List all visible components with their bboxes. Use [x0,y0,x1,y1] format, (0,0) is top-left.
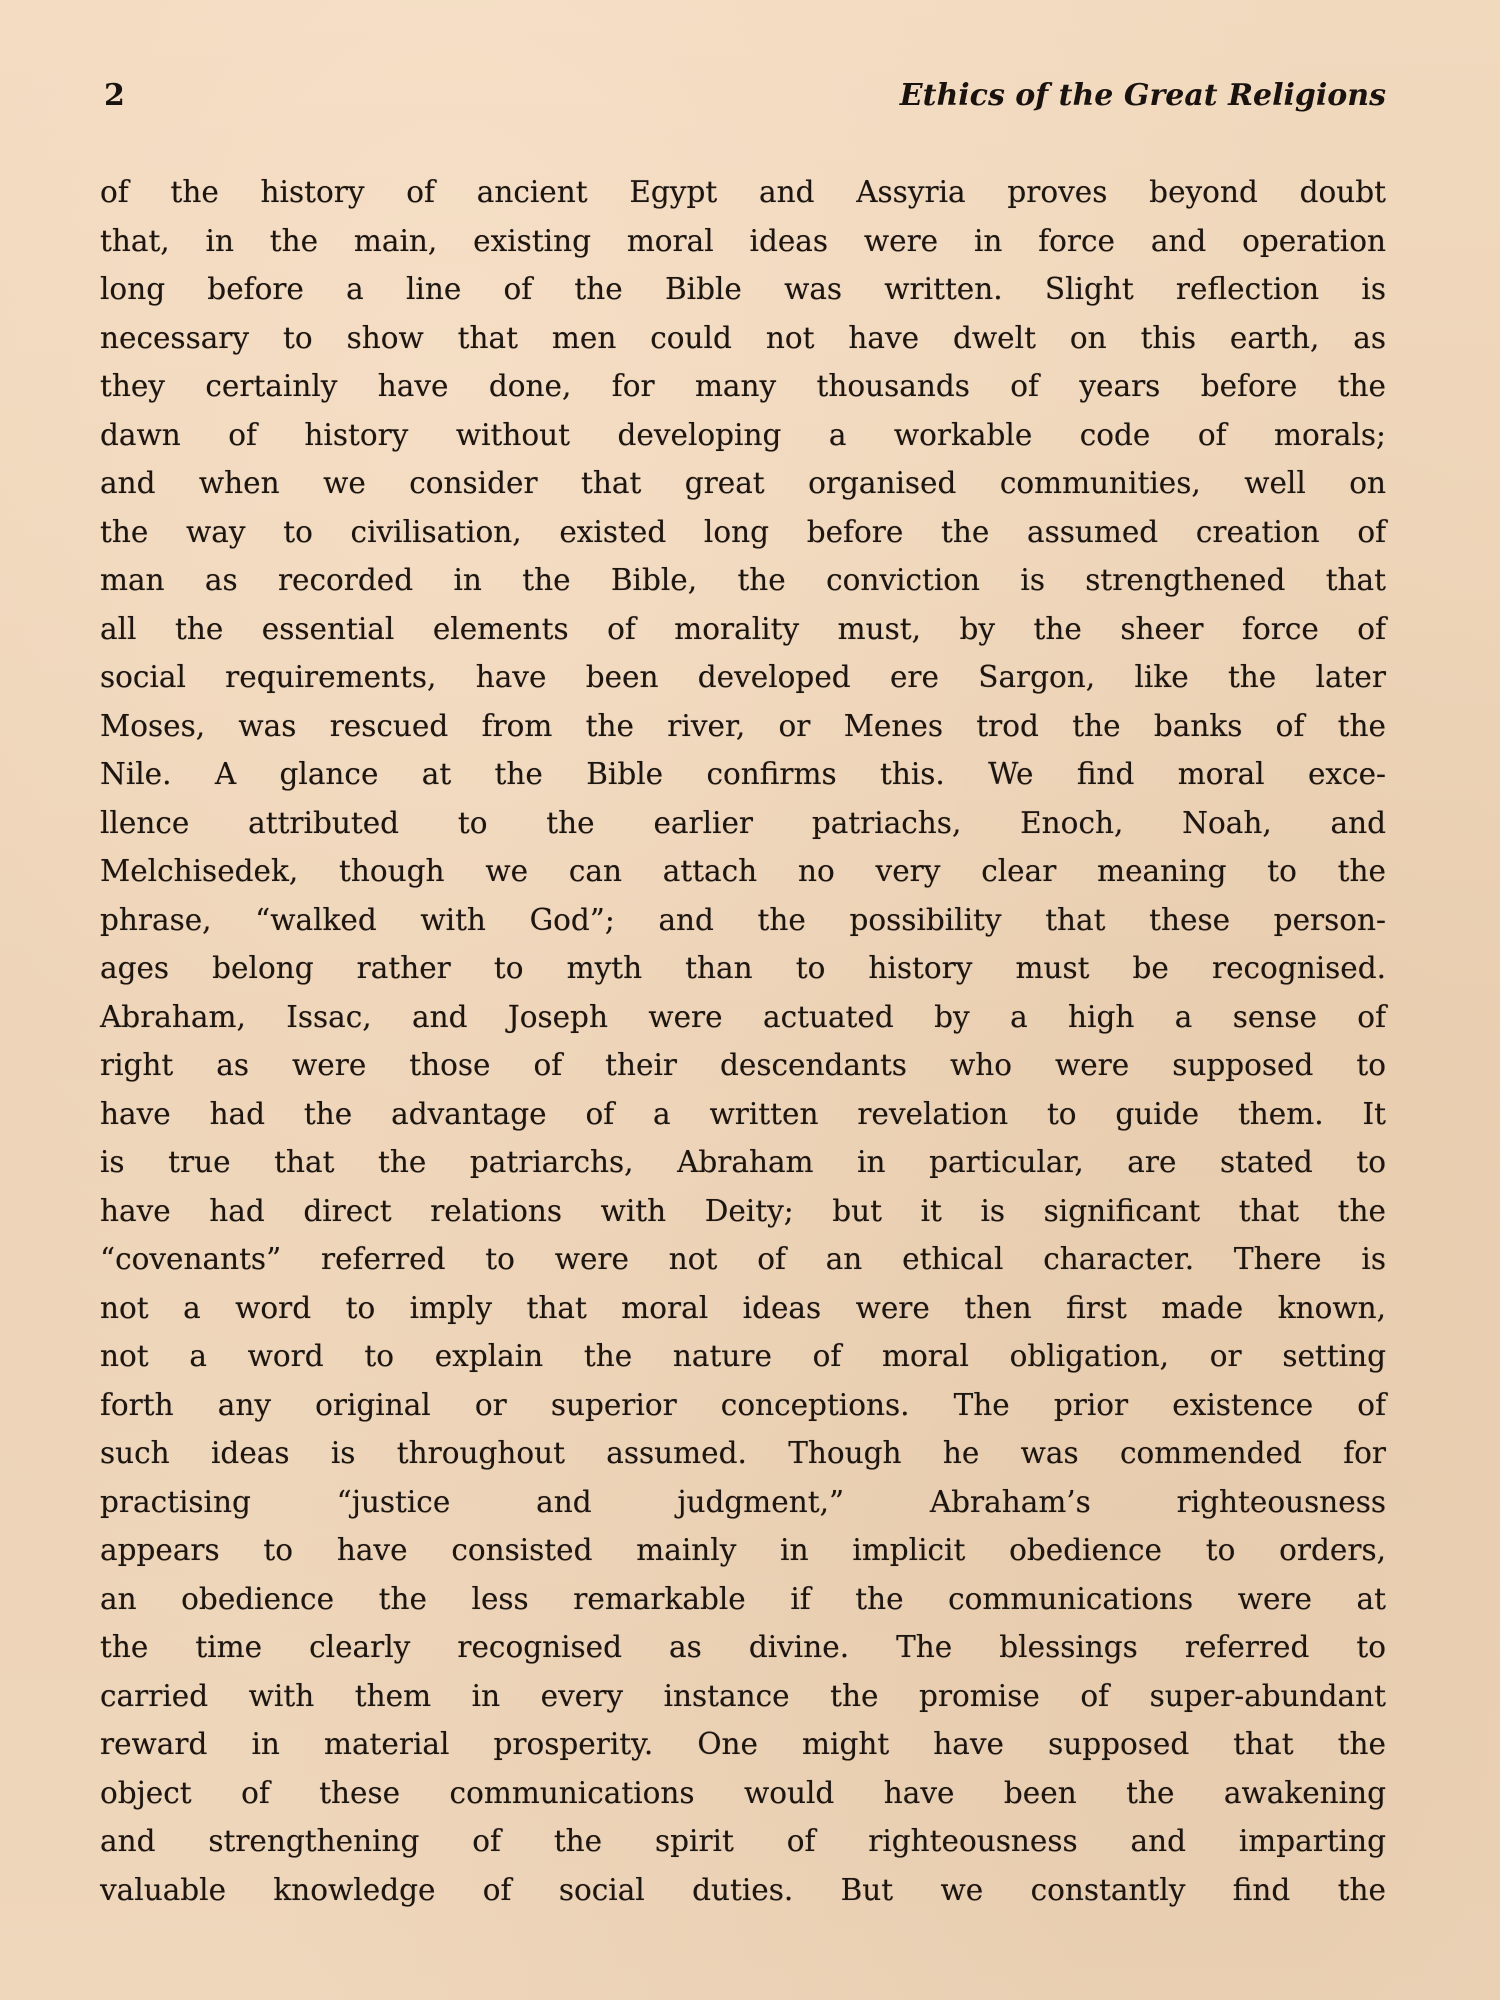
text-line: of the history of ancient Egypt and Assy… [100,168,1386,217]
text-line: the time clearly recognised as divine. T… [100,1623,1386,1672]
book-page: 2 Ethics of the Great Religions of the h… [0,0,1500,2000]
text-line: social requirements, have been developed… [100,653,1386,702]
running-title: Ethics of the Great Religions [900,78,1386,114]
text-line: appears to have consisted mainly in impl… [100,1526,1386,1575]
text-line: Melchisedek, though we can attach no ver… [100,847,1386,896]
body-paragraph: of the history of ancient Egypt and Assy… [100,168,1386,1914]
text-line: they certainly have done, for many thous… [100,362,1386,411]
text-line: have had the advantage of a written reve… [100,1090,1386,1139]
text-line: carried with them in every instance the … [100,1672,1386,1721]
text-line: dawn of history without developing a wor… [100,411,1386,460]
text-line: is true that the patriarchs, Abraham in … [100,1138,1386,1187]
text-line: that, in the main, existing moral ideas … [100,217,1386,266]
text-line: right as were those of their descendants… [100,1041,1386,1090]
text-line: ages belong rather to myth than to histo… [100,944,1386,993]
text-line: object of these communications would hav… [100,1769,1386,1818]
text-line: all the essential elements of morality m… [100,605,1386,654]
text-line: such ideas is throughout assumed. Though… [100,1429,1386,1478]
text-line: an obedience the less remarkable if the … [100,1575,1386,1624]
text-line: the way to civilisation, existed long be… [100,508,1386,557]
running-head: 2 Ethics of the Great Religions [104,78,1386,118]
text-line: man as recorded in the Bible, the convic… [100,556,1386,605]
text-line: llence attributed to the earlier patriac… [100,799,1386,848]
text-line: and when we consider that great organise… [100,459,1386,508]
text-line: have had direct relations with Deity; bu… [100,1187,1386,1236]
text-line: Abraham, Issac, and Joseph were actuated… [100,993,1386,1042]
text-line: necessary to show that men could not hav… [100,314,1386,363]
text-line: not a word to imply that moral ideas wer… [100,1284,1386,1333]
text-line: forth any original or superior conceptio… [100,1381,1386,1430]
text-line: “covenants” referred to were not of an e… [100,1235,1386,1284]
text-line: Nile. A glance at the Bible confirms thi… [100,750,1386,799]
text-line: Moses, was rescued from the river, or Me… [100,702,1386,751]
text-line: practising “justice and judgment,” Abrah… [100,1478,1386,1527]
page-number: 2 [104,78,125,114]
text-line: reward in material prosperity. One might… [100,1720,1386,1769]
text-line: long before a line of the Bible was writ… [100,265,1386,314]
text-line: phrase, “walked with God”; and the possi… [100,896,1386,945]
text-line: and strengthening of the spirit of right… [100,1817,1386,1866]
text-line: valuable knowledge of social duties. But… [100,1866,1386,1915]
text-line: not a word to explain the nature of mora… [100,1332,1386,1381]
